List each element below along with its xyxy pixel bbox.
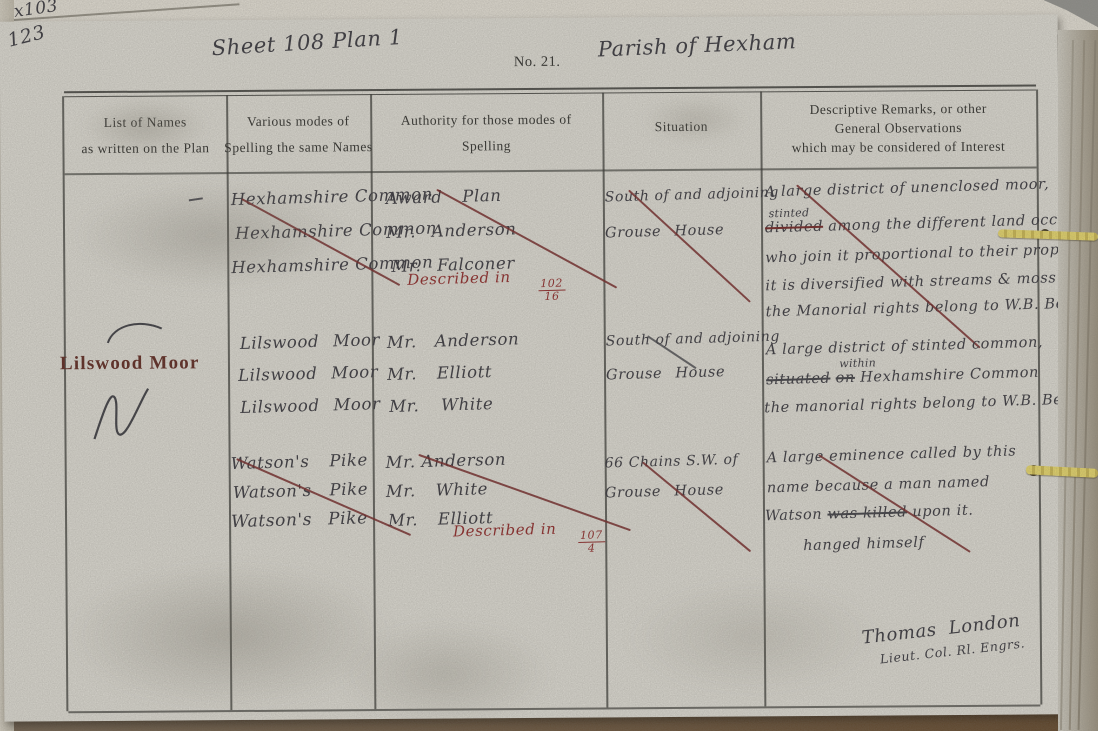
header-col4: Situation [655, 119, 708, 135]
header-col1-line2: as written on the Plan [81, 140, 209, 157]
described-reference-fraction: 107 4 [578, 529, 605, 554]
column-rule-3 [602, 92, 608, 707]
described-note-text: Described in [453, 520, 557, 541]
remarks-line: A large district of unenclosed moor, [765, 176, 1050, 200]
header-col5-line1: Descriptive Remarks, or other [810, 101, 987, 118]
header-col3-line1: Authority for those modes of [401, 112, 572, 129]
remarks-line: hanged himself [803, 535, 925, 554]
name-book-page: Sheet 108 Plan 1 No. 21. Parish of Hexha… [0, 14, 1062, 721]
remarks-line: the manorial rights belong to W.B. Beaum… [764, 389, 1098, 416]
plan-name-lilswood-moor: Lilswood Moor [60, 352, 200, 375]
situation-entry: South of and adjoining [606, 329, 781, 350]
correction-cluster: divided stinted [765, 219, 829, 237]
authority-entry: Award Plan [386, 186, 502, 208]
header-col5-line3: which may be considered of Interest [792, 139, 1006, 156]
strike-line [642, 461, 751, 552]
remarks-text: Watson [765, 507, 823, 525]
table-rule-left [62, 96, 68, 711]
authority-entry: Mr. Elliott [387, 362, 493, 384]
struck-word: on [835, 370, 855, 387]
described-note-text: Described in [407, 268, 511, 289]
pen-mark-flourish [88, 383, 160, 446]
remarks-text: Hexhamshire Common [860, 365, 1039, 386]
authority-entry: Mr. Anderson [385, 450, 506, 472]
pen-mark-curve [100, 321, 170, 349]
header-col1-line1: List of Names [104, 114, 187, 131]
remarks-line: A large eminence called by this [766, 443, 1016, 466]
remarks-line: A large district of stinted common, [766, 335, 1044, 359]
table-rule-header-bottom [65, 166, 1037, 174]
spelling-entry: Watson's Pike [230, 450, 368, 473]
described-reference-fraction: 102 16 [538, 277, 565, 302]
header-col2-line2: Spelling the same Names [224, 139, 372, 156]
spelling-entry: Watson's Pike [231, 508, 368, 532]
spelling-entry: Lilswood Moor [238, 362, 379, 385]
authority-entry: Mr. White [386, 479, 489, 501]
strike-line [796, 184, 981, 348]
sheet-plan-label: Sheet 108 Plan 1 [211, 25, 403, 60]
struck-word: divided [765, 219, 824, 237]
situation-entry: South of and adjoining [605, 185, 780, 206]
described-note: Described in 102 16 [407, 266, 566, 305]
remarks-line: situated on within Hexhamshire Common [766, 365, 1039, 389]
authority-entry: Mr. White [389, 394, 494, 416]
spelling-entry: Lilswood Moor [240, 394, 381, 417]
inserted-word: within [839, 356, 876, 370]
column-rule-1 [226, 95, 232, 710]
spelling-entry: Lilswood Moor [240, 330, 381, 353]
fraction-denominator: 4 [588, 542, 596, 554]
fraction-numerator: 107 [578, 529, 605, 542]
fraction-denominator: 16 [544, 290, 560, 302]
struck-phrase: was killed [827, 504, 907, 522]
situation-entry: Grouse House [606, 364, 726, 383]
header-col2-line1: Various modes of [247, 113, 350, 130]
inserted-word: stinted [768, 206, 809, 220]
table-rule-bottom [68, 704, 1040, 712]
struck-word: situated [766, 371, 831, 389]
remarks-line: it is diversified with streams & moss hi… [765, 269, 1095, 294]
parish-label: Parish of Hexham [597, 29, 797, 61]
scanned-document-canvas: Sheet 108 Plan 1 No. 21. Parish of Hexha… [0, 0, 1098, 731]
situation-entry: Grouse House [605, 482, 725, 501]
paper-stain [334, 618, 555, 730]
number-label: No. 21. [514, 54, 561, 71]
correction-cluster: on within [835, 370, 860, 387]
pen-dash-mark [189, 197, 203, 201]
described-note: Described in 107 4 [453, 518, 606, 557]
remarks-line: Watson was killed upon it. [765, 503, 974, 525]
spelling-entry: Watson's Pike [233, 479, 369, 502]
header-col5-line2: General Observations [835, 120, 962, 137]
remarks-text: upon it. [912, 503, 974, 521]
situation-entry: 66 Chains S.W. of [604, 452, 738, 472]
remarks-line: who join it proportional to their propor… [765, 241, 1098, 267]
paper-stain [623, 576, 884, 698]
fraction-numerator: 102 [538, 277, 565, 290]
header-col3-line2: Spelling [462, 138, 511, 154]
authority-entry: Mr. Anderson [387, 329, 520, 352]
strike-line [628, 190, 751, 303]
